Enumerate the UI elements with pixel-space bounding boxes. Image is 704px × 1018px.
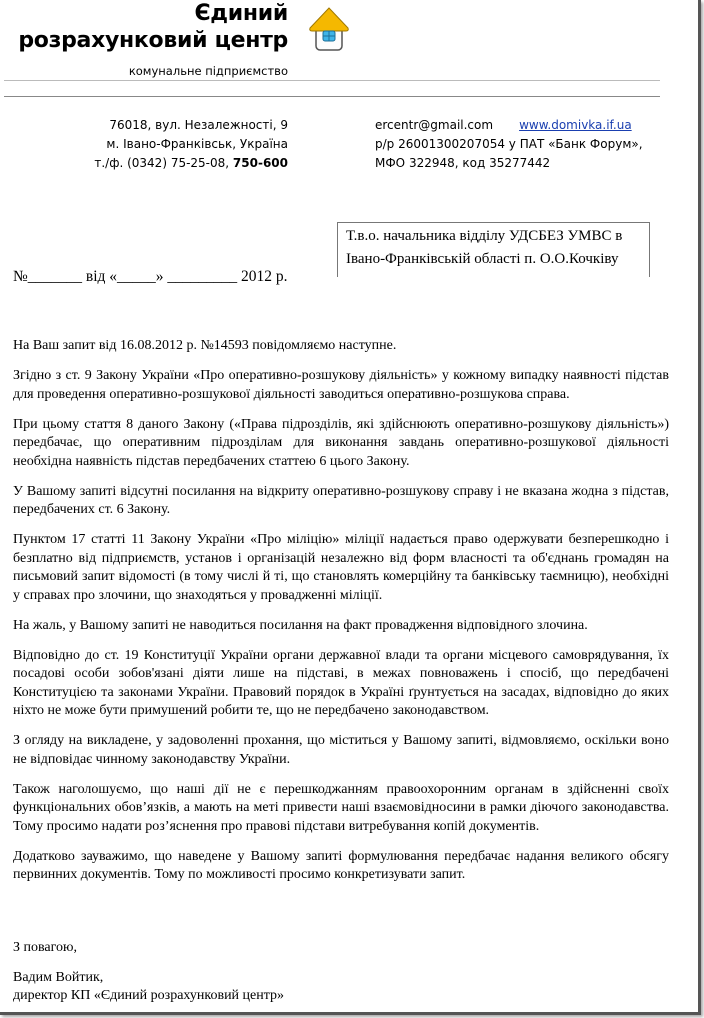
org-name-line2: розрахунковий центр: [18, 27, 288, 54]
house-icon: [307, 6, 351, 54]
email: ercentr@gmail.com: [375, 118, 493, 132]
website-link[interactable]: www.domivka.if.ua: [519, 118, 632, 132]
address-line-2: м. Івано-Франківськ, Україна: [94, 135, 288, 154]
registration-line: №_______ від «_____» _________ 2012 р.: [13, 268, 288, 286]
signer-name: Вадим Войтик,: [13, 969, 284, 988]
phone-prefix: т./ф. (0342) 75-25-08,: [94, 156, 233, 170]
bank-codes: МФО 322948, код 35277442: [375, 154, 643, 173]
body-paragraph: У Вашому запиті відсутні посилання на ві…: [13, 483, 669, 520]
bank-account: р/р 26001300207054 у ПАТ «Банк Форум»,: [375, 135, 643, 154]
postal-contacts: 76018, вул. Незалежності, 9 м. Івано-Фра…: [94, 116, 288, 173]
org-name-line1: Єдиний: [18, 0, 288, 27]
addressee-line-1: Т.в.о. начальника відділу УДСБЕЗ УМВС в: [346, 225, 649, 248]
address-line-1: 76018, вул. Незалежності, 9: [94, 116, 288, 135]
online-bank-contacts: ercentr@gmail.comwww.domivka.if.ua р/р 2…: [375, 116, 643, 173]
phone-short: 750-600: [233, 156, 288, 170]
letter-body: На Ваш запит від 16.08.2012 р. №14593 по…: [13, 337, 669, 896]
body-paragraph: Додатково зауважимо, що наведене у Вашом…: [13, 848, 669, 885]
salutation: З повагою,: [13, 939, 284, 958]
org-type: комунальне підприємство: [129, 64, 288, 78]
phone-line: т./ф. (0342) 75-25-08, 750-600: [94, 154, 288, 173]
signature-block: З повагою, Вадим Войтик, директор КП «Єд…: [13, 939, 284, 1006]
body-paragraph: Згідно з ст. 9 Закону України «Про опера…: [13, 367, 669, 404]
body-paragraph: На жаль, у Вашому запиті не наводиться п…: [13, 617, 669, 636]
body-paragraph: З огляду на викладене, у задоволенні про…: [13, 732, 669, 769]
org-name: Єдиний розрахунковий центр: [18, 0, 288, 54]
body-paragraph: Також наголошуємо, що наші дії не є пере…: [13, 781, 669, 837]
signer-title: директор КП «Єдиний розрахунковий центр»: [13, 987, 284, 1006]
letter-page: Єдиний розрахунковий центр комунальне пі…: [0, 0, 701, 1015]
body-paragraph: Пунктом 17 статті 11 Закону України «Про…: [13, 531, 669, 605]
addressee-box: Т.в.о. начальника відділу УДСБЕЗ УМВС в …: [337, 222, 650, 277]
body-paragraph: При цьому стаття 8 даного Закону («Права…: [13, 416, 669, 472]
header-divider-2: [4, 96, 660, 97]
addressee-line-2: Івано-Франківській області п. О.О.Кочків…: [346, 248, 649, 271]
header-divider: [4, 80, 660, 81]
body-paragraph: Відповідно до ст. 19 Конституції України…: [13, 647, 669, 721]
body-paragraph: На Ваш запит від 16.08.2012 р. №14593 по…: [13, 337, 669, 356]
